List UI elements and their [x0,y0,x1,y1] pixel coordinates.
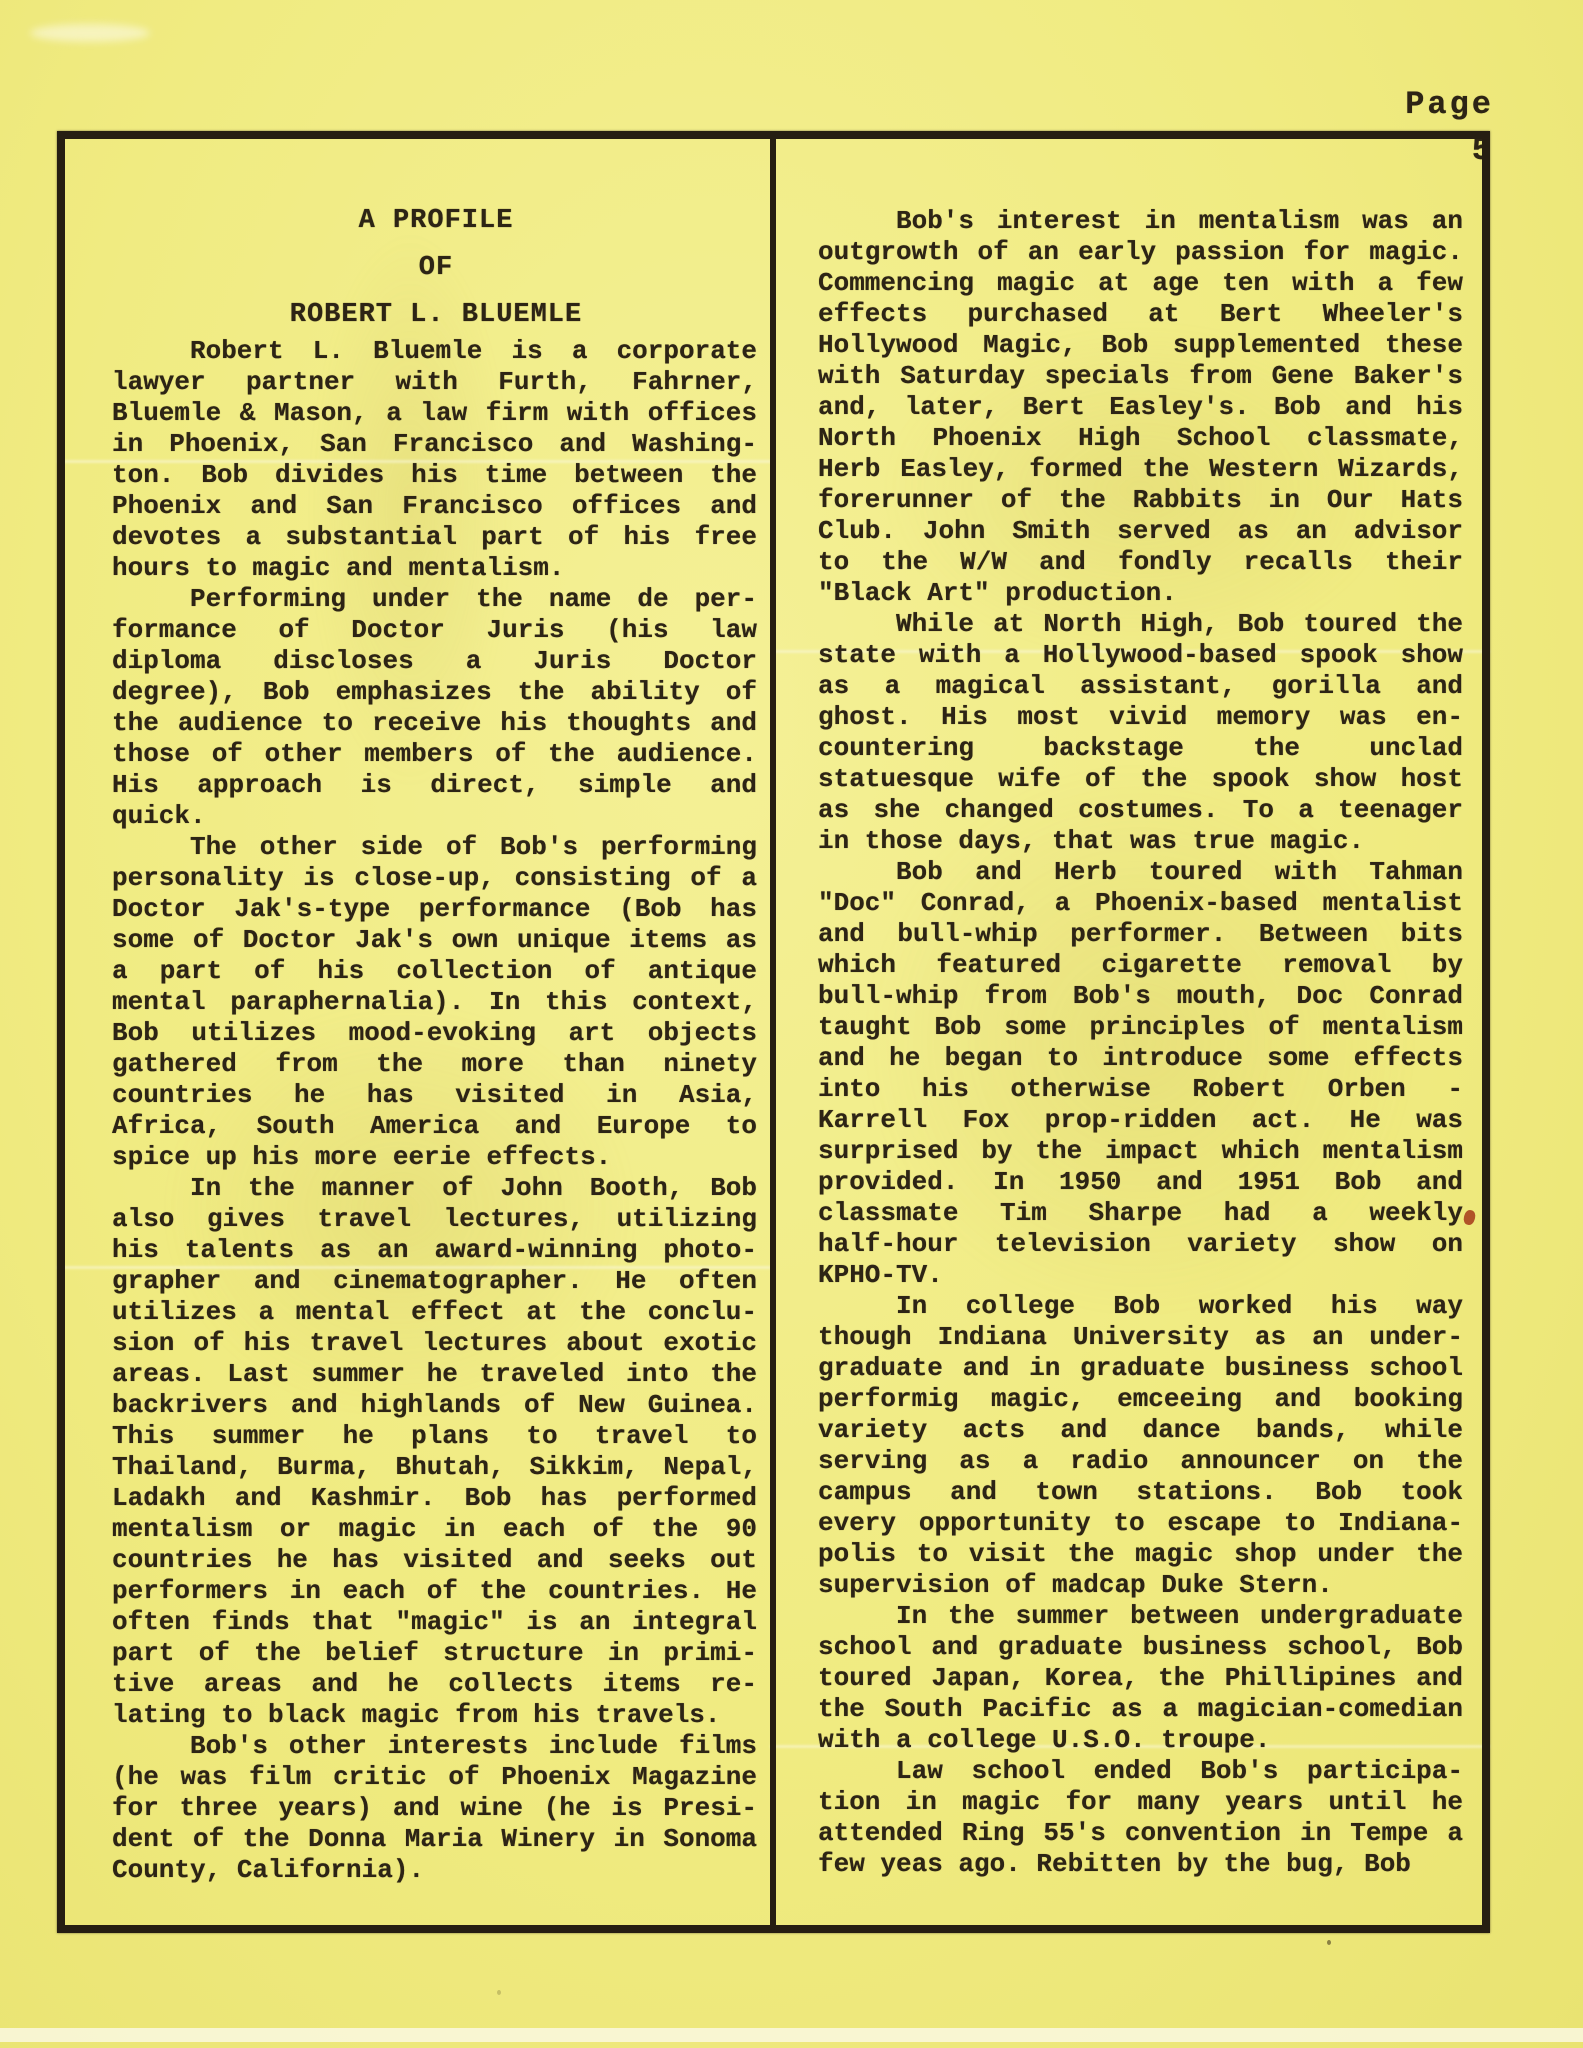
ink-speck [1327,1940,1331,1945]
text-line: the audience to receive his thoughts and [112,708,757,739]
text-line: utilizes a mental effect at the conclu- [112,1297,757,1328]
text-line: In the summer between undergraduate [818,1601,1463,1632]
text-line: taught Bob some principles of mentalism [818,1012,1463,1043]
text-line: serving as a radio announcer on the [818,1446,1463,1477]
text-line: backrivers and highlands of New Guinea. [112,1390,757,1421]
text-line: County, California). [112,1855,757,1886]
text-line: effects purchased at Bert Wheeler's [818,299,1463,330]
text-line: provided. In 1950 and 1951 Bob and [818,1167,1463,1198]
text-line: toured Japan, Korea, the Phillipines and [818,1663,1463,1694]
heading-line: ROBERT L. BLUEMLE [112,292,760,339]
text-line: hours to magic and mentalism. [112,553,757,584]
text-line: classmate Tim Sharpe had a weekly [818,1198,1463,1229]
page-number: Page 5 [1364,82,1494,128]
text-line: as she changed costumes. To a teenager [818,795,1463,826]
text-line: gathered from the more than ninety [112,1049,757,1080]
left-column-text: Robert L. Bluemle is a corporatelawyer p… [112,336,757,1886]
article-heading: A PROFILE OF ROBERT L. BLUEMLE [112,198,760,339]
text-line: Club. John Smith served as an advisor [818,516,1463,547]
text-line: campus and town stations. Bob took [818,1477,1463,1508]
text-line: his talents as an award-winning photo- [112,1235,757,1266]
text-line: attended Ring 55's convention in Tempe a [818,1818,1463,1849]
text-line: degree), Bob emphasizes the ability of [112,677,757,708]
text-line: countries he has visited in Asia, [112,1080,757,1111]
text-line: sion of his travel lectures about exotic [112,1328,757,1359]
text-line: variety acts and dance bands, while [818,1415,1463,1446]
text-line: Robert L. Bluemle is a corporate [112,336,757,367]
text-line: tive areas and he collects items re- [112,1669,757,1700]
text-line: areas. Last summer he traveled into the [112,1359,757,1390]
text-line: with Saturday specials from Gene Baker's [818,361,1463,392]
text-line: His approach is direct, simple and [112,770,757,801]
text-line: In college Bob worked his way [818,1291,1463,1322]
text-line: the South Pacific as a magician-comedian [818,1694,1463,1725]
text-line: spice up his more eerie effects. [112,1142,757,1173]
heading-line: A PROFILE [112,198,760,245]
text-line: outgrowth of an early passion for magic. [818,237,1463,268]
text-line: in Phoenix, San Francisco and Washing- [112,429,757,460]
scan-edge-strip [0,2028,1583,2042]
text-line: Phoenix and San Francisco offices and [112,491,757,522]
text-line: devotes a substantial part of his free [112,522,757,553]
text-line: personality is close-up, consisting of a [112,863,757,894]
text-line: countries he has visited and seeks out [112,1545,757,1576]
scanned-newsletter-page: { "page": { "page_number_label": "Page 5… [0,0,1583,2048]
text-line: as a magical assistant, gorilla and [818,671,1463,702]
scan-smudge [30,24,150,42]
text-line: dent of the Donna Maria Winery in Sonoma [112,1824,757,1855]
text-line: Herb Easley, formed the Western Wizards, [818,454,1463,485]
text-line: Doctor Jak's-type performance (Bob has [112,894,757,925]
text-line: which featured cigarette removal by [818,950,1463,981]
text-line: tion in magic for many years until he [818,1787,1463,1818]
text-line: bull-whip from Bob's mouth, Doc Conrad [818,981,1463,1012]
text-line: performig magic, emceeing and booking [818,1384,1463,1415]
text-line: This summer he plans to travel to [112,1421,757,1452]
text-line: and bull-whip performer. Between bits [818,919,1463,950]
text-line: In the manner of John Booth, Bob [112,1173,757,1204]
text-line: polis to visit the magic shop under the [818,1539,1463,1570]
text-line: grapher and cinematographer. He often [112,1266,757,1297]
text-line: Commencing magic at age ten with a few [818,268,1463,299]
text-line: "Black Art" production. [818,578,1463,609]
ink-speck [497,1990,501,1995]
article-frame: A PROFILE OF ROBERT L. BLUEMLE Robert L.… [57,131,1490,1933]
text-line: supervision of madcap Duke Stern. [818,1570,1463,1601]
text-line: countering backstage the unclad [818,733,1463,764]
text-line: Bob's other interests include films [112,1731,757,1762]
text-line: surprised by the impact which mentalism [818,1136,1463,1167]
text-line: Thailand, Burma, Bhutah, Sikkim, Nepal, [112,1452,757,1483]
text-line: ton. Bob divides his time between the [112,460,757,491]
text-line: lating to black magic from his travels. [112,1700,757,1731]
text-line: "Doc" Conrad, a Phoenix-based mentalist [818,888,1463,919]
text-line: The other side of Bob's performing [112,832,757,863]
text-line: Bob and Herb toured with Tahman [818,857,1463,888]
text-line: and, later, Bert Easley's. Bob and his [818,392,1463,423]
text-line: mental paraphernalia). In this context, [112,987,757,1018]
text-line: lawyer partner with Furth, Fahrner, [112,367,757,398]
left-column: A PROFILE OF ROBERT L. BLUEMLE Robert L.… [112,139,760,1925]
text-line: (he was film critic of Phoenix Magazine [112,1762,757,1793]
text-line: school and graduate business school, Bob [818,1632,1463,1663]
text-line: Bob's interest in mentalism was an [818,206,1463,237]
text-line: KPHO-TV. [818,1260,1463,1291]
text-line: Law school ended Bob's participa- [818,1756,1463,1787]
text-line: Performing under the name de per- [112,584,757,615]
heading-line: OF [112,245,760,292]
text-line: ghost. His most vivid memory was en- [818,702,1463,733]
text-line: Africa, South America and Europe to [112,1111,757,1142]
text-line: into his otherwise Robert Orben - [818,1074,1463,1105]
text-line: statuesque wife of the spook show host [818,764,1463,795]
text-line: Bluemle & Mason, a law firm with offices [112,398,757,429]
text-line: Ladakh and Kashmir. Bob has performed [112,1483,757,1514]
text-line: few yeas ago. Rebitten by the bug, Bob [818,1849,1463,1880]
text-line: North Phoenix High School classmate, [818,423,1463,454]
text-line: those of other members of the audience. [112,739,757,770]
text-line: Karrell Fox prop-ridden act. He was [818,1105,1463,1136]
text-line: Hollywood Magic, Bob supplemented these [818,330,1463,361]
right-column-text: Bob's interest in mentalism was anoutgro… [818,206,1463,1992]
text-line: and he began to introduce some effects [818,1043,1463,1074]
text-line: though Indiana University as an under- [818,1322,1463,1353]
text-line: While at North High, Bob toured the [818,609,1463,640]
text-line: formance of Doctor Juris (his law [112,615,757,646]
text-line: Bob utilizes mood-evoking art objects [112,1018,757,1049]
text-line: quick. [112,801,757,832]
text-line: to the W/W and fondly recalls their [818,547,1463,578]
text-line: performers in each of the countries. He [112,1576,757,1607]
text-line: with a college U.S.O. troupe. [818,1725,1463,1756]
text-line: every opportunity to escape to Indiana- [818,1508,1463,1539]
text-line: graduate and in graduate business school [818,1353,1463,1384]
text-line: half-hour television variety show on [818,1229,1463,1260]
text-line: state with a Hollywood-based spook show [818,640,1463,671]
text-line: diploma discloses a Juris Doctor [112,646,757,677]
text-line: forerunner of the Rabbits in Our Hats [818,485,1463,516]
text-line: part of the belief structure in primi- [112,1638,757,1669]
text-line: also gives travel lectures, utilizing [112,1204,757,1235]
column-divider-rule [770,139,776,1925]
text-line: for three years) and wine (he is Presi- [112,1793,757,1824]
text-line: often finds that "magic" is an integral [112,1607,757,1638]
text-line: in those days, that was true magic. [818,826,1463,857]
text-line: a part of his collection of antique [112,956,757,987]
text-line: mentalism or magic in each of the 90 [112,1514,757,1545]
text-line: some of Doctor Jak's own unique items as [112,925,757,956]
